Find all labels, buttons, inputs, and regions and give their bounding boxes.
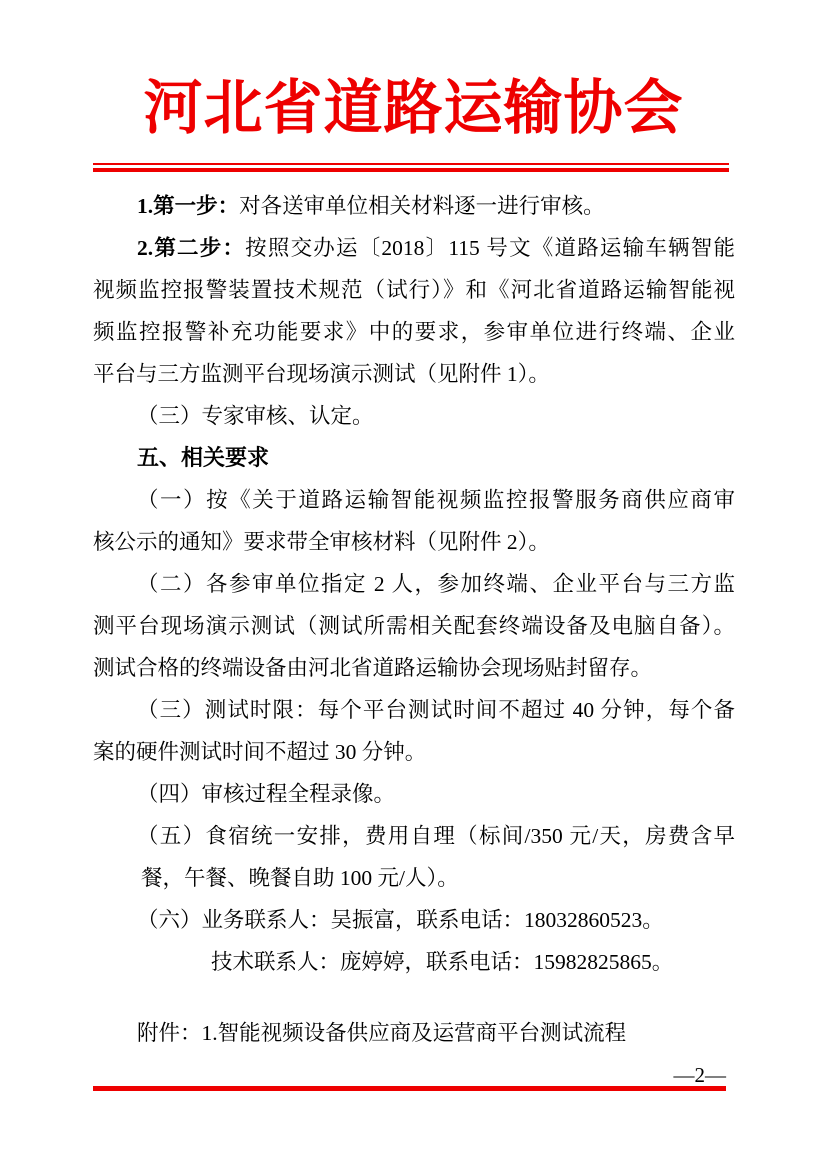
body-line: （三）测试时限：每个平台测试时间不超过 40 分钟，每个备 [93, 689, 735, 731]
body-line: 2.第二步：按照交办运〔2018〕115 号文《道路运输车辆智能 [93, 227, 735, 269]
section-heading: 五、相关要求 [93, 437, 735, 479]
footer-rule [93, 1086, 726, 1091]
letterhead-rule-thick [93, 168, 729, 172]
body-line: 核公示的通知》要求带全审核材料（见附件 2）。 [93, 521, 735, 563]
body-line: （五）食宿统一安排，费用自理（标间/350 元/天，房费含早 [93, 815, 735, 857]
page-number: —2— [93, 1063, 726, 1087]
attachment-line: 附件：1.智能视频设备供应商及运营商平台测试流程 [137, 1012, 626, 1054]
body-line: 频监控报警补充功能要求》中的要求，参审单位进行终端、企业 [93, 311, 735, 353]
body-line-text: 按照交办运〔2018〕115 号文《道路运输车辆智能 [245, 236, 735, 260]
body-line: 测平台现场演示测试（测试所需相关配套终端设备及电脑自备）。 [93, 605, 735, 647]
body-line: （二）各参审单位指定 2 人，参加终端、企业平台与三方监 [93, 563, 735, 605]
body-line-bold: 2.第二步： [137, 236, 245, 260]
body-line: 技术联系人：庞婷婷，联系电话：15982825865。 [93, 941, 735, 983]
body-line: 测试合格的终端设备由河北省道路运输协会现场贴封留存。 [93, 647, 735, 689]
letterhead-rule-thin [93, 163, 729, 165]
body-line: （一）按《关于道路运输智能视频监控报警服务商供应商审 [93, 479, 735, 521]
body-line: 平台与三方监测平台现场演示测试（见附件 1）。 [93, 353, 735, 395]
document-body: 1.第一步：对各送审单位相关材料逐一进行审核。 2.第二步：按照交办运〔2018… [93, 185, 735, 983]
body-line: 1.第一步：对各送审单位相关材料逐一进行审核。 [93, 185, 735, 227]
letterhead-rule [93, 163, 729, 172]
body-line: 案的硬件测试时间不超过 30 分钟。 [93, 731, 735, 773]
body-line: （三）专家审核、认定。 [93, 395, 735, 437]
body-line-text: 对各送审单位相关材料逐一进行审核。 [239, 194, 605, 218]
body-line: 餐，午餐、晚餐自助 100 元/人）。 [93, 857, 735, 899]
body-line: 视频监控报警装置技术规范（试行）》和《河北省道路运输智能视 [93, 269, 735, 311]
document-page: 河北省道路运输协会 1.第一步：对各送审单位相关材料逐一进行审核。 2.第二步：… [0, 0, 827, 1170]
body-line: （四）审核过程全程录像。 [93, 773, 735, 815]
body-line: （六）业务联系人：吴振富，联系电话：18032860523。 [93, 899, 735, 941]
letterhead-title: 河北省道路运输协会 [0, 68, 827, 148]
body-line-bold: 1.第一步： [137, 194, 239, 218]
